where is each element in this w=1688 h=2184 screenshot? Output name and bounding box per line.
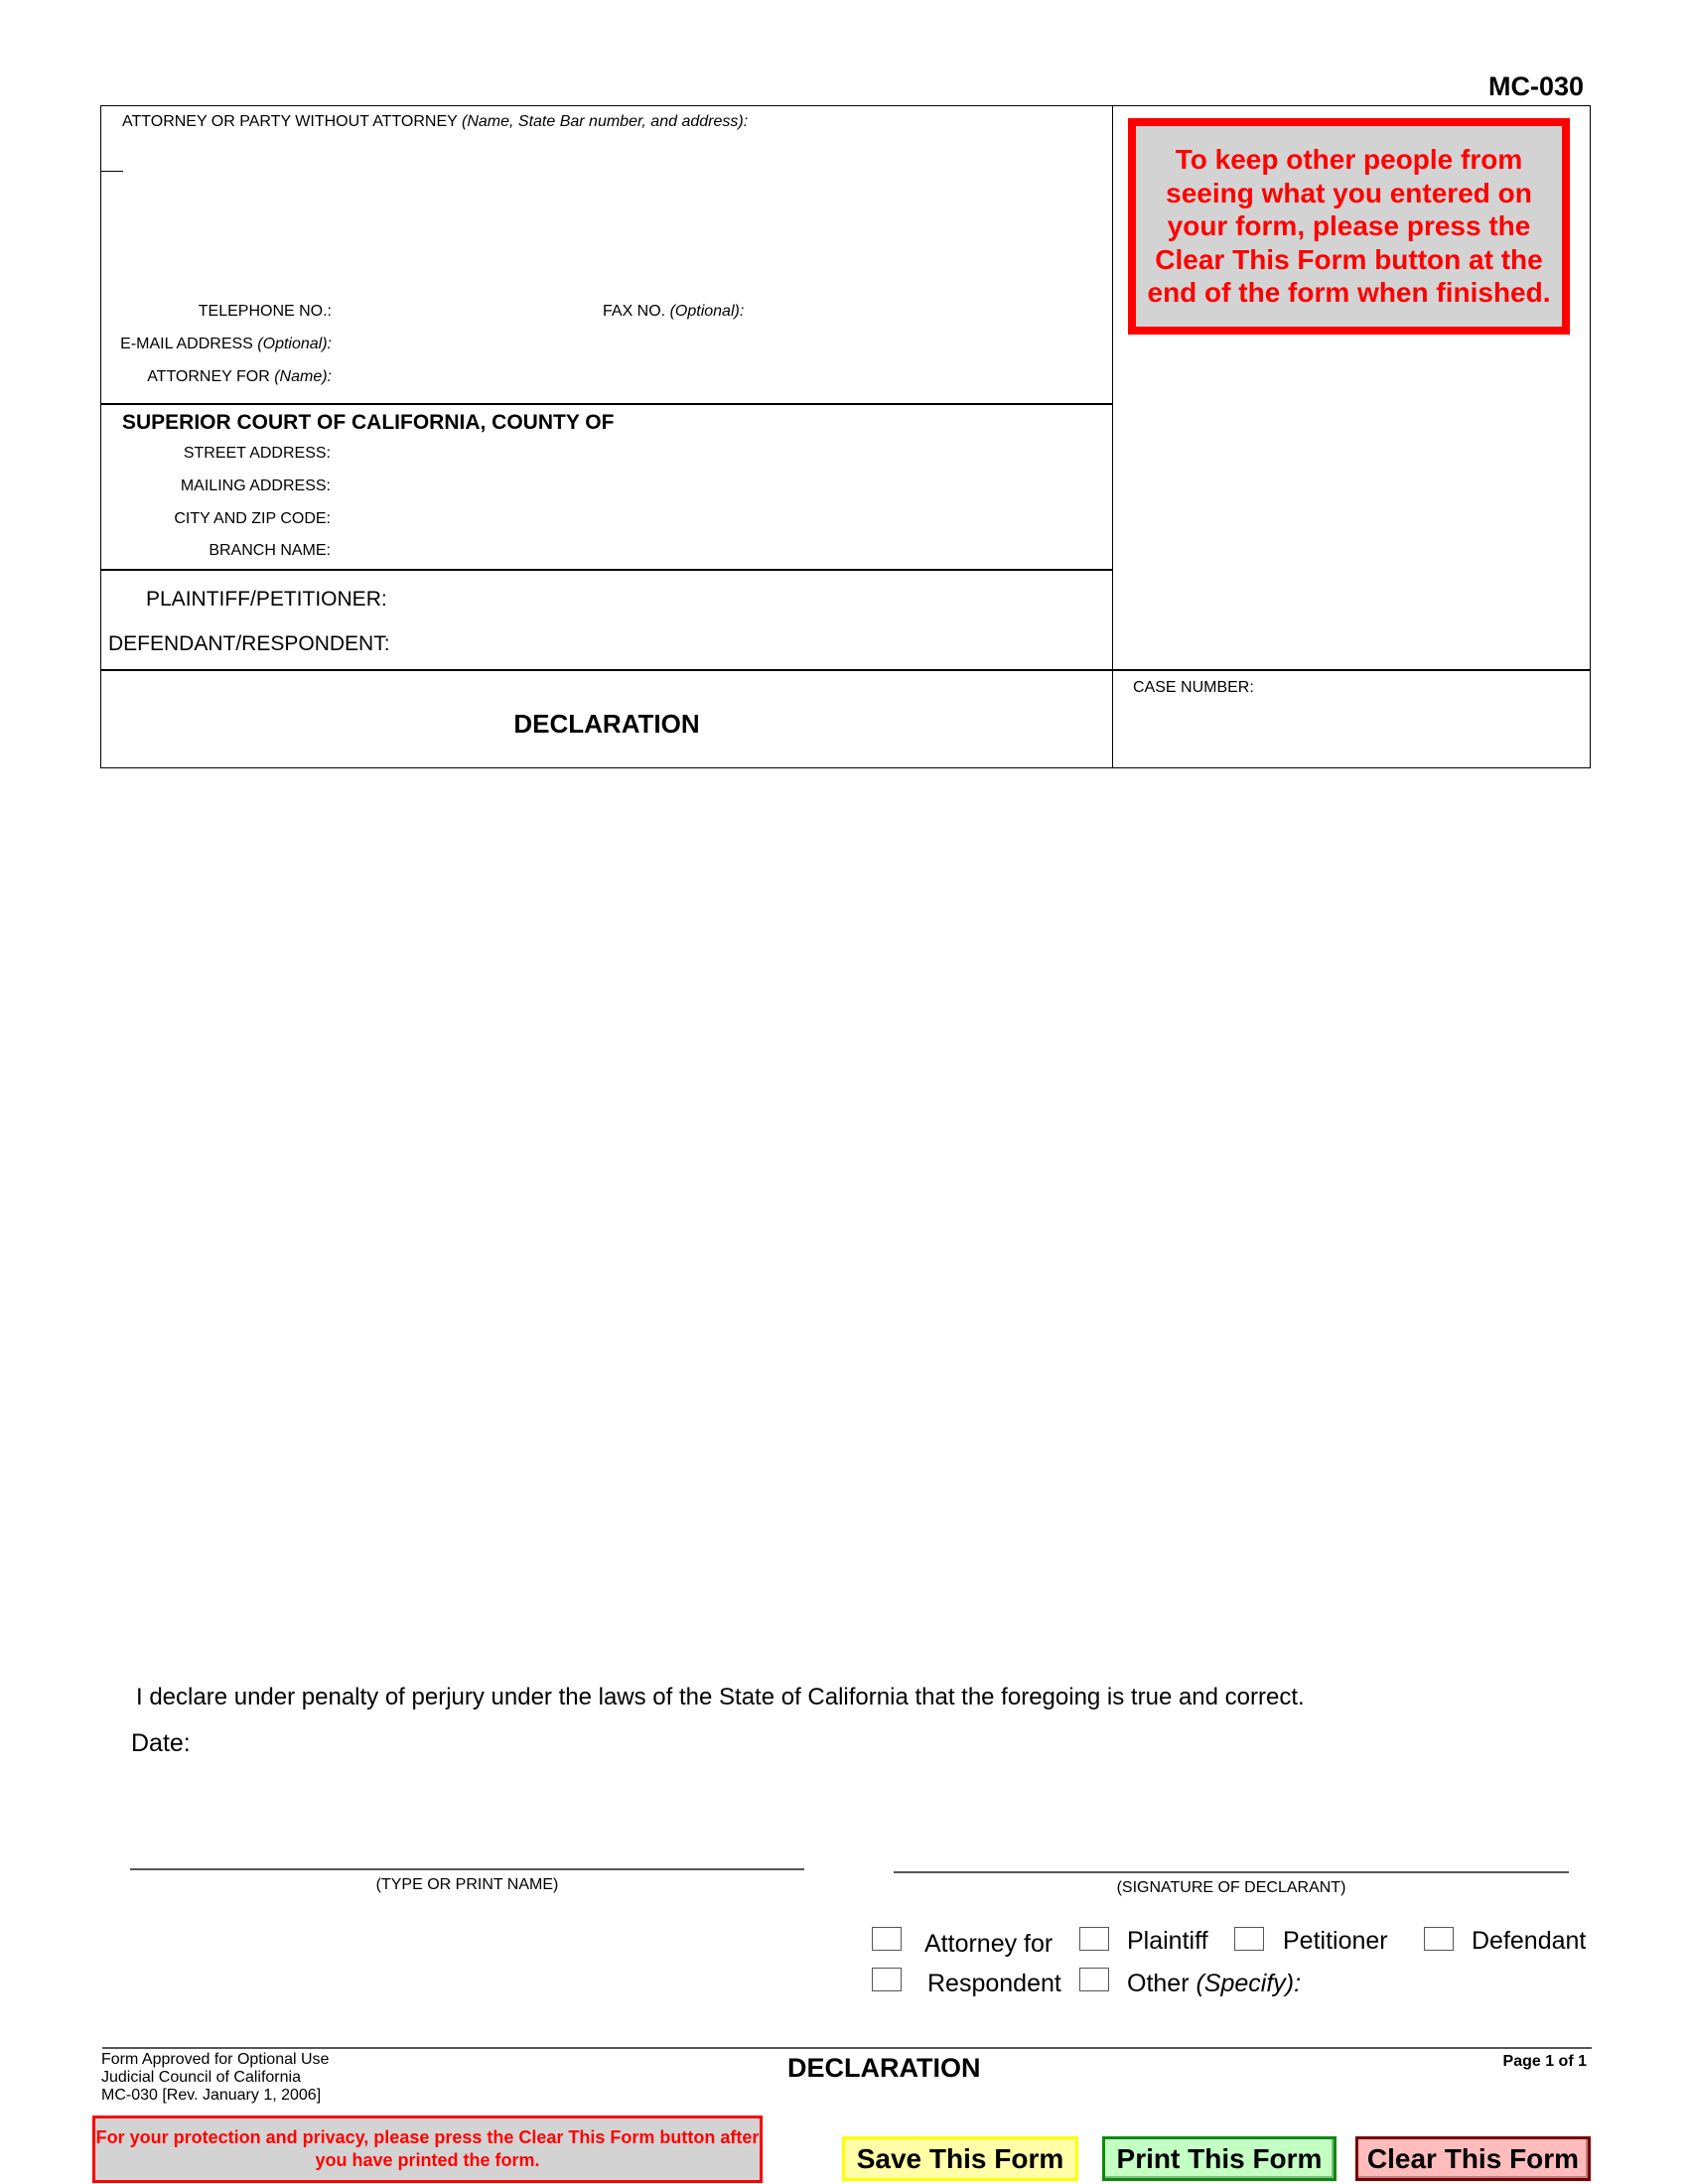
print-name-field[interactable] [130, 1832, 807, 1867]
plaintiff-label: PLAINTIFF/PETITIONER: [146, 588, 387, 612]
checkbox-label-respondent: Respondent [927, 1970, 1061, 1998]
branch-name-label: BRANCH NAME: [99, 542, 331, 560]
print-name-caption: (TYPE OR PRINT NAME) [130, 1876, 804, 1894]
clear-form-button[interactable]: Clear This Form [1355, 2136, 1591, 2181]
checkbox-label-attorney-for: Attorney for [924, 1930, 1053, 1959]
fax-field[interactable] [760, 300, 1101, 324]
fax-label: FAX NO. (Optional): [603, 303, 744, 321]
signature-caption: (SIGNATURE OF DECLARANT) [894, 1879, 1569, 1897]
checkbox-defendant[interactable] [1424, 1927, 1454, 1951]
footer-approval: Form Approved for Optional Use Judicial … [101, 2051, 329, 2105]
street-address-field[interactable] [338, 442, 1101, 466]
other-specify-field[interactable] [1311, 1968, 1593, 1999]
checkbox-attorney-for[interactable] [872, 1927, 902, 1951]
checkbox-label-plaintiff: Plaintiff [1127, 1927, 1208, 1956]
form-title: DECLARATION [100, 709, 1113, 740]
mailing-address-label: MAILING ADDRESS: [99, 478, 331, 495]
checkbox-plaintiff[interactable] [1079, 1927, 1109, 1951]
checkbox-petitioner[interactable] [1234, 1927, 1264, 1951]
city-zip-label: CITY AND ZIP CODE: [99, 510, 331, 528]
footer-rule [102, 2047, 1592, 2049]
print-name-line [130, 1868, 804, 1870]
page-number: Page 1 of 1 [1503, 2053, 1587, 2071]
signature-line [894, 1871, 1569, 1873]
case-number-label: CASE NUMBER: [1133, 679, 1254, 697]
court-heading: SUPERIOR COURT OF CALIFORNIA, COUNTY OF [122, 411, 614, 435]
save-form-button[interactable]: Save This Form [842, 2136, 1078, 2181]
privacy-notice-top: To keep other people from seeing what yo… [1128, 118, 1570, 335]
email-label: E-MAIL ADDRESS (Optional): [99, 336, 332, 353]
date-field[interactable] [199, 1727, 600, 1759]
mailing-address-field[interactable] [338, 475, 1101, 498]
divider-parties [100, 569, 1113, 571]
attorney-heading: ATTORNEY OR PARTY WITHOUT ATTORNEY (Name… [122, 113, 748, 131]
declaration-body-field[interactable] [100, 784, 1595, 1672]
telephone-field[interactable] [338, 300, 600, 324]
case-number-field[interactable] [1133, 705, 1579, 756]
signature-area[interactable] [894, 1832, 1569, 1869]
attorney-name-address-field[interactable] [124, 139, 1101, 292]
print-form-button[interactable]: Print This Form [1102, 2136, 1336, 2181]
checkbox-label-petitioner: Petitioner [1283, 1927, 1388, 1956]
divider-title [100, 669, 1591, 671]
defendant-label: DEFENDANT/RESPONDENT: [108, 632, 390, 656]
stub-mark [100, 171, 123, 172]
county-field[interactable] [650, 411, 1101, 437]
telephone-label: TELEPHONE NO.: [99, 303, 332, 321]
attorney-for-label: ATTORNEY FOR (Name): [99, 368, 332, 386]
footer-title: DECLARATION [787, 2053, 980, 2084]
divider-court [100, 403, 1113, 405]
checkbox-respondent[interactable] [872, 1968, 902, 1991]
plaintiff-field[interactable] [417, 586, 1101, 614]
checkbox-other[interactable] [1079, 1968, 1109, 1991]
checkbox-label-other: Other (Specify): [1127, 1970, 1301, 1998]
branch-name-field[interactable] [338, 539, 1101, 563]
perjury-statement: I declare under penalty of perjury under… [136, 1684, 1305, 1711]
date-label: Date: [131, 1729, 191, 1758]
defendant-field[interactable] [417, 630, 1101, 658]
street-address-label: STREET ADDRESS: [99, 445, 331, 463]
attorney-for-field[interactable] [338, 365, 1101, 389]
email-field[interactable] [338, 333, 1101, 356]
checkbox-label-defendant: Defendant [1472, 1927, 1586, 1956]
city-zip-field[interactable] [338, 507, 1101, 531]
form-number: MC-030 [1488, 71, 1584, 102]
privacy-notice-bottom: For your protection and privacy, please … [92, 2116, 763, 2183]
